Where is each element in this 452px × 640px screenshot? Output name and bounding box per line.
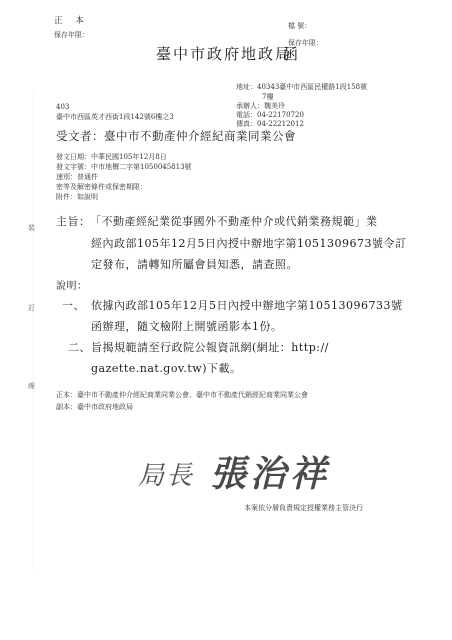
- recipient-address: 臺中市西區英才西街1段142號6樓之3: [56, 112, 174, 122]
- issuer-title: 臺中市政府地政局: [156, 43, 292, 64]
- signature-title: 局長: [138, 455, 194, 492]
- document-number: 發文字號：中市地價二字第1050045813號: [56, 162, 192, 172]
- recipient-postal-code: 403: [56, 103, 69, 111]
- file-number-label: 檔 號：: [288, 21, 311, 31]
- explanation-item-1-line2: 函辦理，隨文檢附上開號函影本1份。: [91, 318, 283, 334]
- signature-name: 張治祥: [210, 446, 330, 497]
- document-type: 函: [283, 43, 300, 64]
- explanation-item-1-marker: 一、: [62, 297, 85, 313]
- margin-mark-bind: 裝: [28, 223, 35, 233]
- delegation-note: 本案依分層負責規定授權業務主管決行: [244, 503, 363, 513]
- distribution-copy: 副本：臺中市政府地政局: [56, 402, 133, 412]
- subject-line3: 定發布，請轉知所屬會員知悉，請查照。: [91, 256, 298, 272]
- attachment: 附件：如說明: [56, 192, 98, 202]
- distribution-original: 正本：臺中市不動產仲介經紀商業同業公會、臺中市不動產代銷經紀商業同業公會: [56, 390, 308, 400]
- explanation-item-2-line1: 旨揭規範請至行政院公報資訊網(網址：http://: [91, 339, 329, 355]
- explanation-item-1-line1: 依據內政部105年12月5日內授中辦地字第10513096733號: [91, 297, 402, 313]
- delivery-speed: 速別：普通件: [56, 172, 98, 182]
- subject-line2: 經內政部105年12月5日內授中辦地字第1051309673號令訂: [91, 235, 406, 251]
- explanation-item-2-line2: gazette.nat.gov.tw)下載。: [91, 360, 242, 376]
- scan-edge: [33, 90, 34, 570]
- margin-mark-line: 線: [28, 381, 35, 391]
- copy-type: 正 本: [54, 14, 89, 26]
- address-label: 地址：: [236, 83, 257, 91]
- margin-mark-staple: 訂: [28, 303, 35, 313]
- address-line1: 40343臺中市西區民權路1段158號: [257, 83, 367, 91]
- subject-label: 主旨：: [56, 213, 91, 229]
- issue-date: 發文日期：中華民國105年12月8日: [56, 152, 167, 162]
- explanation-item-2-marker: 二、: [68, 339, 91, 355]
- subject-line1: 「不動產經紀業從事國外不動產仲介或代銷業務規範」業: [90, 213, 378, 229]
- storage-note: 保存年限：: [54, 30, 89, 40]
- recipient: 受文者：臺中市不動產仲介經紀商業同業公會: [56, 128, 296, 144]
- explanation-label: 說明：: [56, 277, 88, 292]
- secrecy-level: 密等及解密條件或保密期限：: [56, 182, 147, 192]
- sender-address: 地址：40343臺中市西區民權路1段158號: [236, 82, 367, 92]
